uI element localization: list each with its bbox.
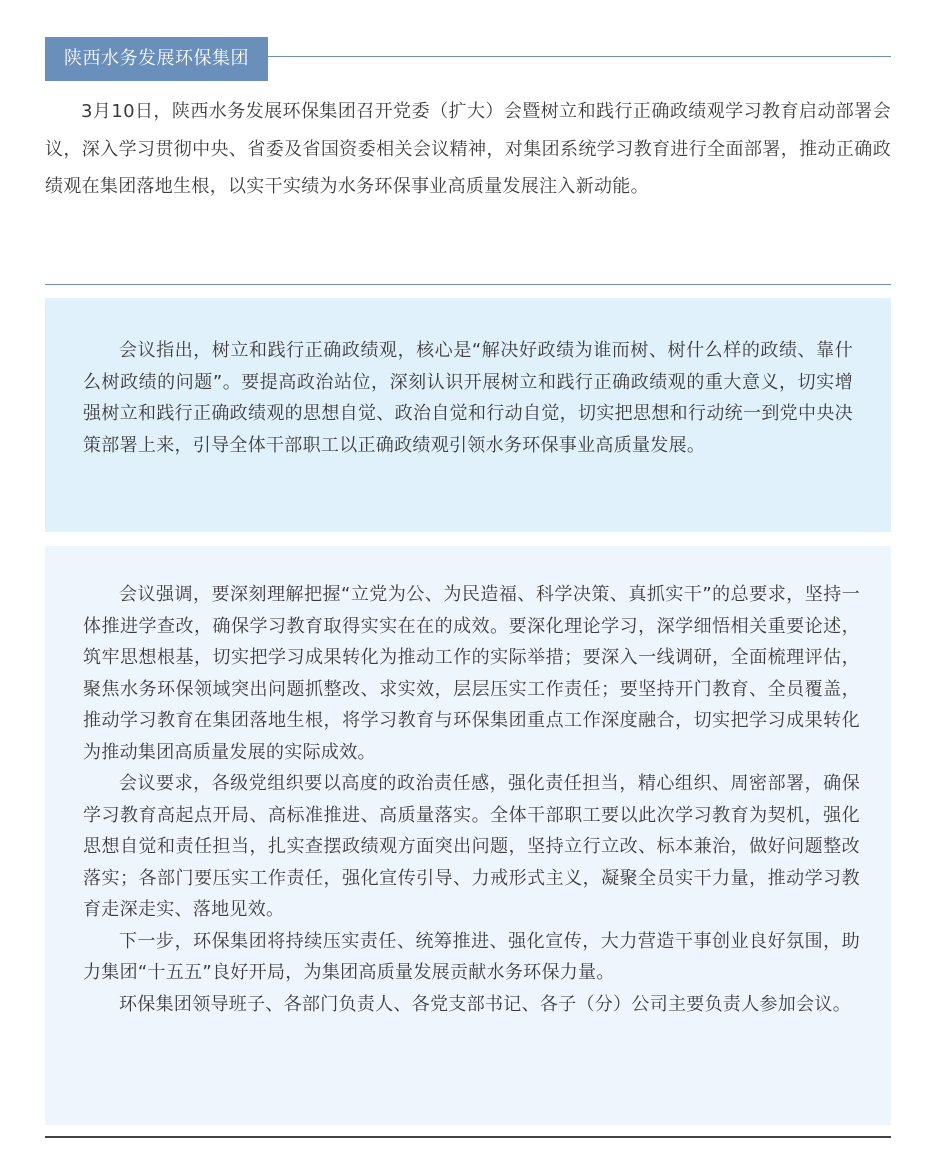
body-paragraph-emphasis: 会议强调，要深刻理解把握“立党为公、为民造福、科学决策、真抓实干”的总要求，坚持… (83, 579, 860, 768)
body-panel: 会议强调，要深刻理解把握“立党为公、为民造福、科学决策、真抓实干”的总要求，坚持… (45, 546, 891, 1125)
highlight-panel: 会议指出，树立和践行正确政绩观，核心是“解决好政绩为谁而树、树什么样的政绩、靠什… (45, 298, 891, 532)
highlight-paragraph: 会议指出，树立和践行正确政绩观，核心是“解决好政绩为谁而树、树什么样的政绩、靠什… (83, 335, 853, 461)
section-header: 陕西水务发展环保集团 (45, 37, 891, 81)
intro-paragraph: 3月10日，陕西水务发展环保集团召开党委（扩大）会暨树立和践行正确政绩观学习教育… (45, 93, 891, 206)
body-paragraph-requirements: 会议要求，各级党组织要以高度的政治责任感，强化责任担当，精心组织、周密部署，确保… (83, 768, 860, 926)
bottom-divider (45, 1136, 891, 1138)
section-divider (45, 284, 891, 285)
body-paragraph-attendees: 环保集团领导班子、各部门负责人、各党支部书记、各子（分）公司主要负责人参加会议。 (83, 989, 860, 1021)
title-rule-divider (268, 56, 891, 57)
section-title-badge: 陕西水务发展环保集团 (45, 37, 268, 81)
body-paragraph-next-steps: 下一步，环保集团将持续压实责任、统筹推进、强化宣传，大力营造干事创业良好氛围，助… (83, 926, 860, 989)
